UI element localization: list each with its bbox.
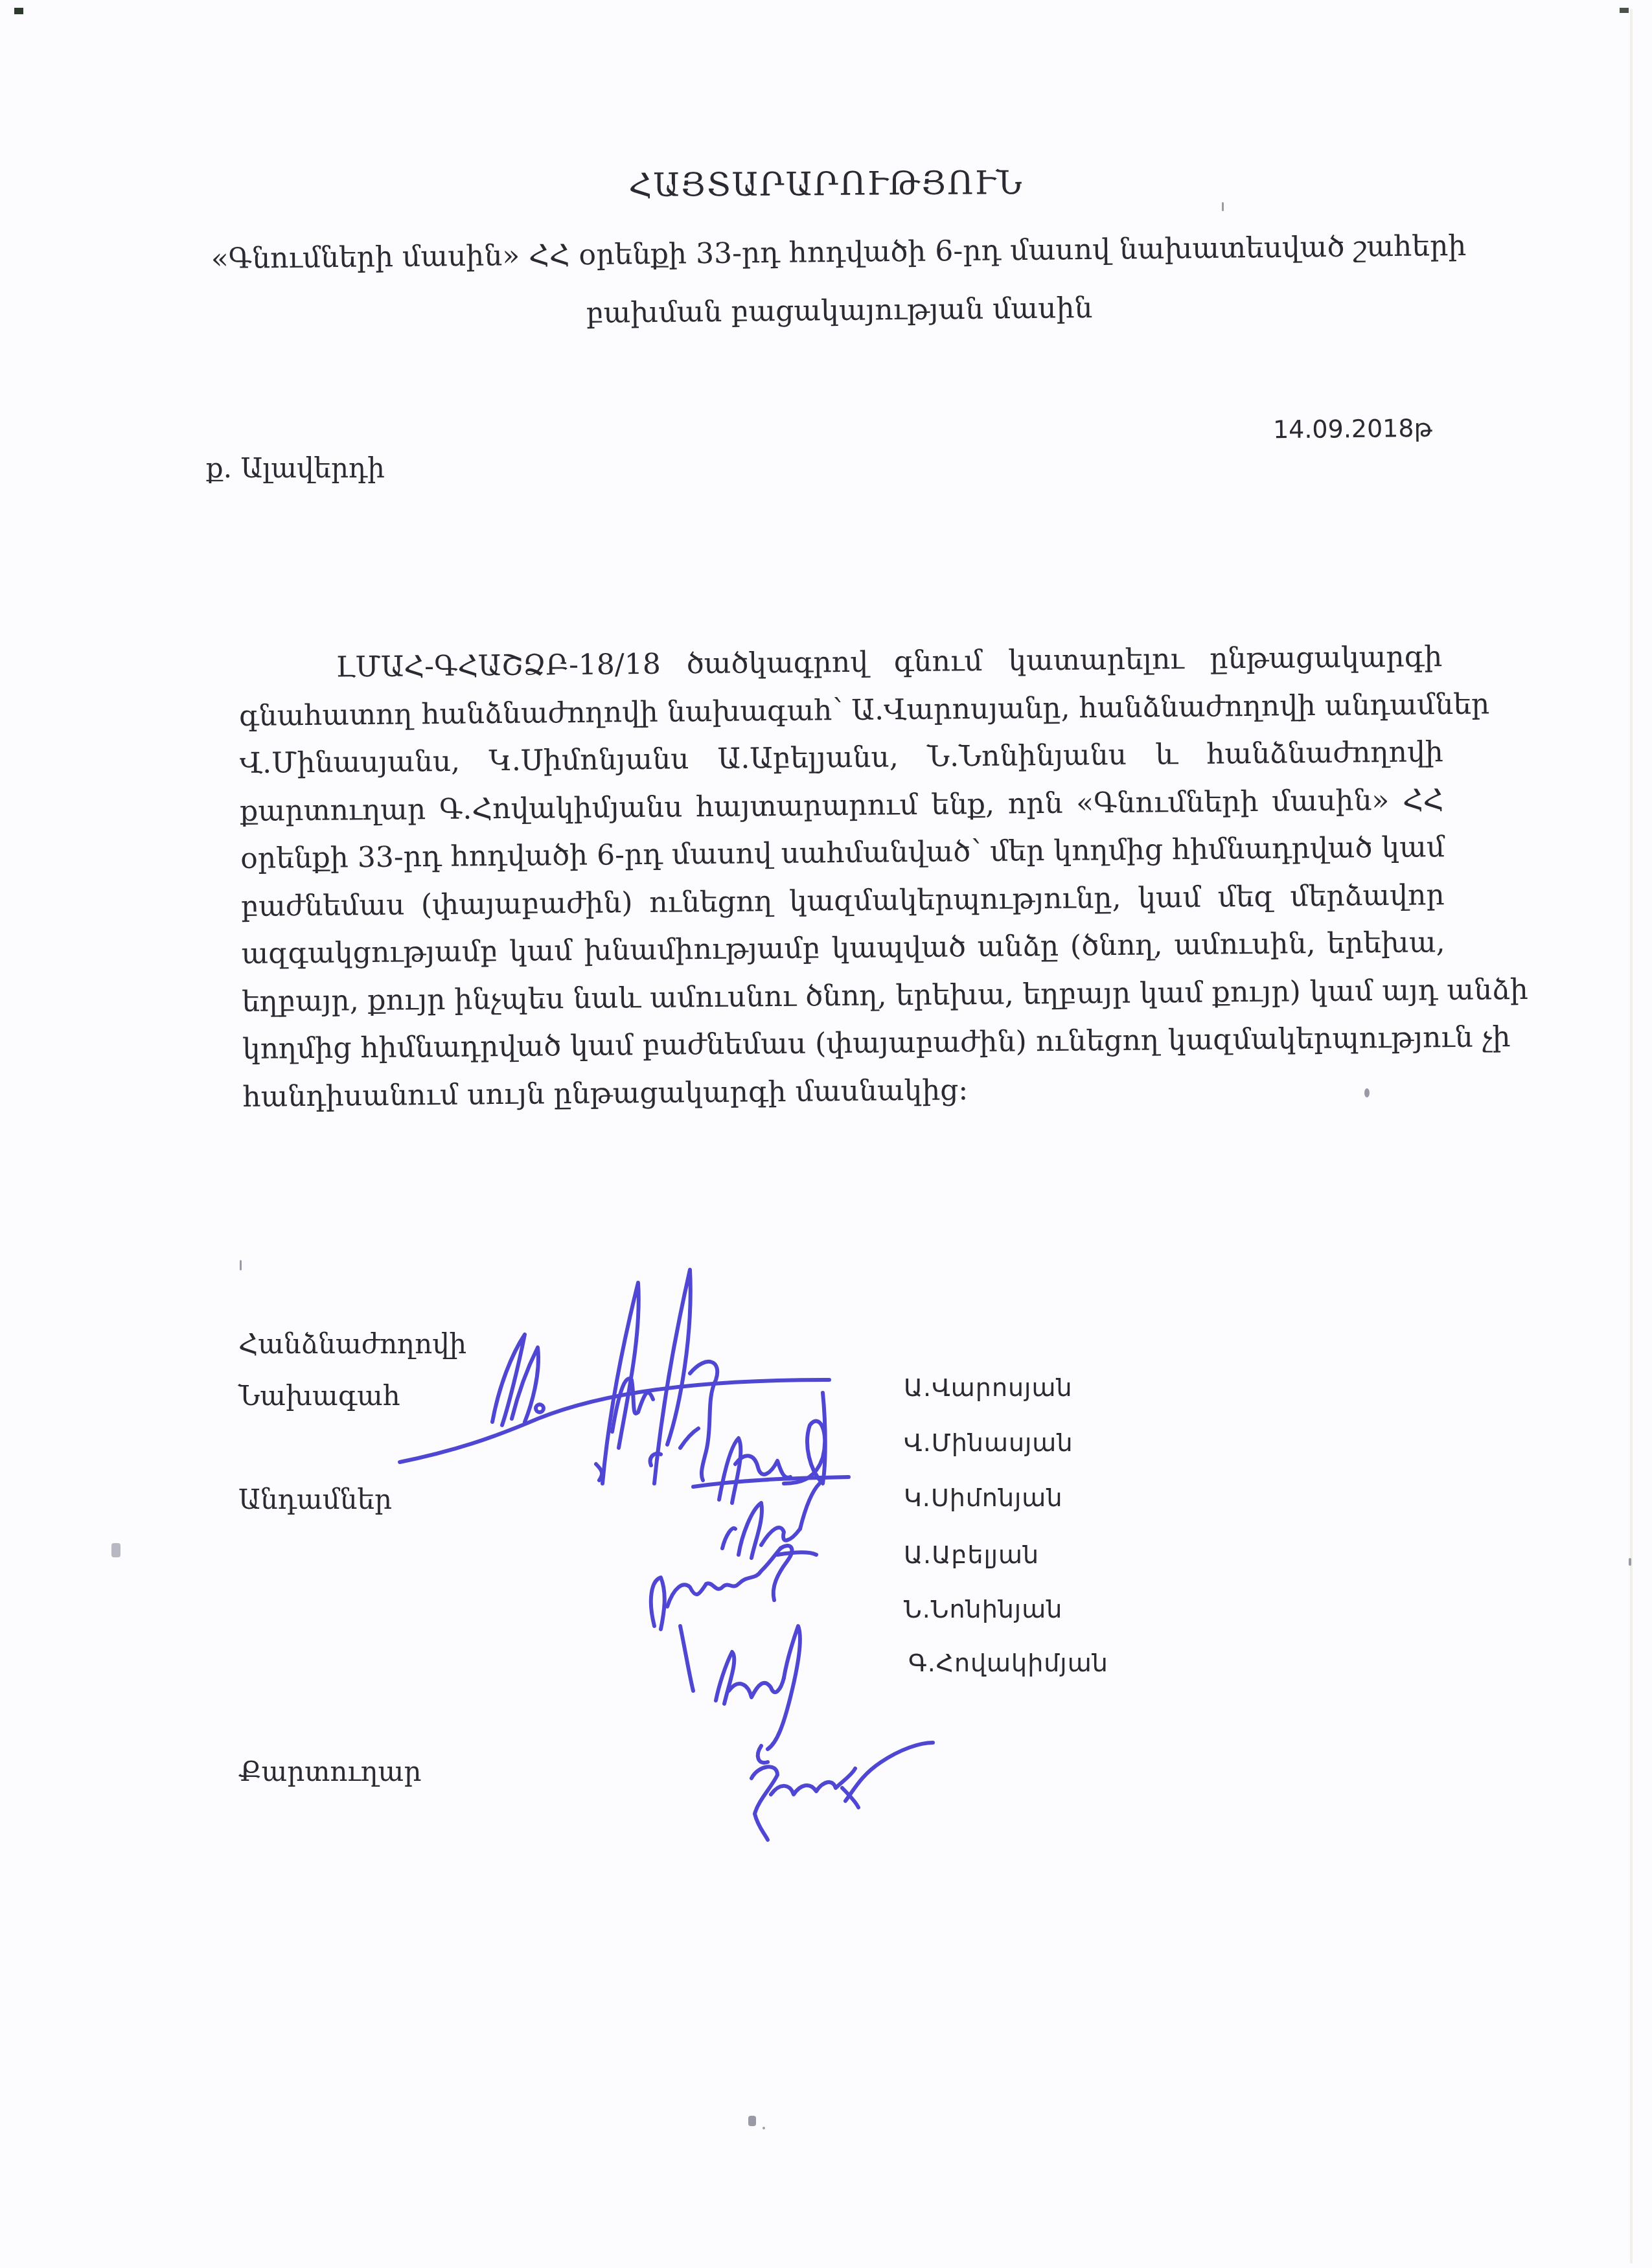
document-date: 14.09.2018թ (1273, 414, 1432, 444)
document-title: ՀԱՅՏԱՐԱՐՈՒԹՅՈՒՆ (0, 159, 1652, 209)
signer-name: Ն.Նոնինյան (904, 1595, 1062, 1623)
signature-secretary (751, 1743, 933, 1840)
signer-name: Գ.Հովակիմյան (908, 1649, 1108, 1677)
label-chairman: Նախագահ (238, 1380, 400, 1412)
signature-chairman (400, 1270, 829, 1483)
document-city: ք. Ալավերդի (206, 452, 385, 484)
scan-edge-strip (1630, 9, 1633, 2263)
label-secretary: Քարտուղար (238, 1756, 422, 1787)
label-committee: Հանձնաժողովի (238, 1328, 466, 1360)
declaration-paragraph: ԼՄԱՀ-ԳՀԱՇՁԲ-18/18 ծածկագրով գնում կատարե… (238, 633, 1447, 1121)
signer-name: Կ.Սիմոնյան (904, 1483, 1062, 1512)
signature-member-3 (651, 1546, 816, 1691)
scanned-document-page: ՀԱՅՏԱՐԱՐՈՒԹՅՈՒՆ «Գնումների մասին» ՀՀ օրե… (0, 0, 1652, 2268)
signer-name: Ա.Աբելյան (904, 1541, 1039, 1569)
label-members: Անդամներ (238, 1483, 392, 1515)
document-subtitle: «Գնումների մասին» ՀՀ օրենքի 33-րդ հոդված… (207, 217, 1471, 347)
signature-member-1 (693, 1393, 849, 1503)
signer-name: Ա.Վարոսյան (904, 1373, 1073, 1402)
signature-member-4 (716, 1626, 800, 1749)
signer-name: Վ.Մինասյան (904, 1428, 1073, 1457)
scan-edge-mark (14, 8, 23, 14)
scan-edge-mark (1620, 8, 1629, 13)
signature-member-2 (722, 1483, 820, 1558)
